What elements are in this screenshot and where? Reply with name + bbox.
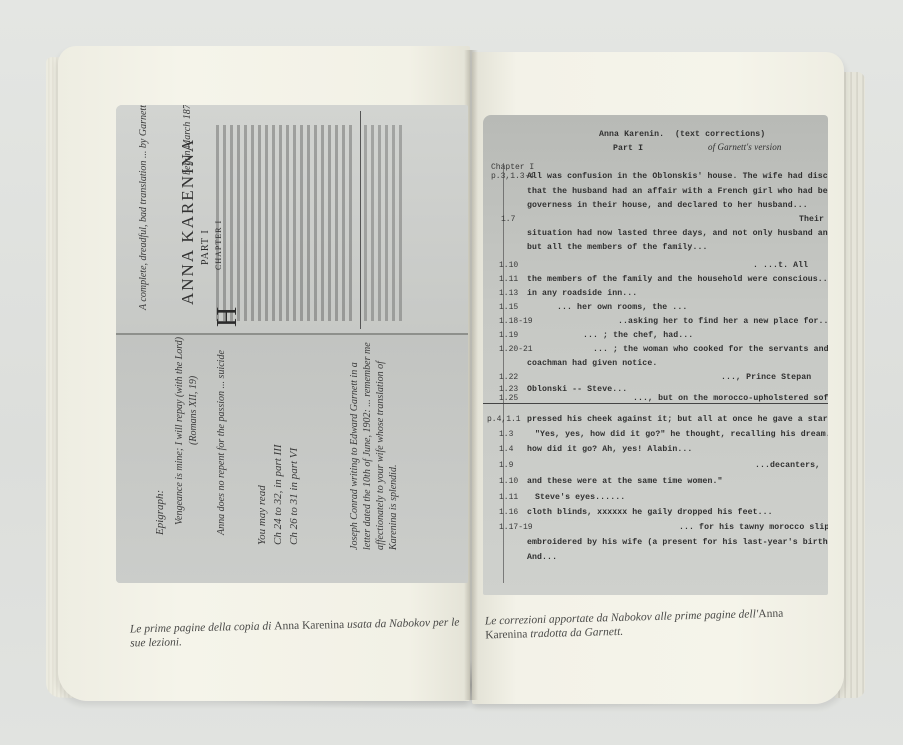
section-separator [483, 403, 828, 404]
handwritten-garnett: of Garnett's version [708, 142, 781, 152]
typescript-line: that the husband had an affair with a Fr… [527, 187, 828, 196]
typescript-line: ..., but on the morocco-upholstered sofa… [633, 394, 828, 403]
typescript-line: Their [799, 215, 824, 224]
line-ref: 1.15 [499, 303, 518, 312]
typescript-part: Part I [613, 144, 643, 153]
conrad-note: Joseph Conrad writing to Edward Garnett … [348, 340, 400, 550]
column-divider [360, 111, 361, 329]
line-ref: 1.11 [499, 493, 518, 502]
line-ref: 1.25 [499, 394, 518, 403]
typescript-line: ..., Prince Stepan [721, 373, 811, 382]
line-ref: 1.19 [499, 331, 518, 340]
typescript-line: All was confusion in the Oblonskis' hous… [527, 172, 828, 181]
line-ref: 1.9 [499, 461, 513, 470]
typescript-line: but all the members of the family... [527, 243, 707, 252]
typescript-subtitle: (text corrections) [675, 130, 765, 139]
typescript-line: ... ; the chef, had... [583, 331, 693, 340]
chapter-label: CHAPTER I [214, 220, 223, 270]
typescript-line: . ...t. All [753, 261, 808, 270]
typescript-line: situation had now lasted three days, and… [527, 229, 828, 238]
line-ref: 1.23 [499, 385, 518, 394]
line-ref: 1.7 [501, 215, 515, 224]
typescript-line: cloth blinds, xxxxxx he gaily dropped hi… [527, 508, 773, 517]
line-ref: 1.10 [499, 261, 518, 270]
right-caption-text-2: tradotta da Garnett. [527, 626, 623, 641]
line-ref: p.4,1.1 [487, 415, 521, 424]
facsimile-notes-page: Epigraph: Vengeance is mine; I will repa… [116, 335, 468, 583]
typescript-line: Steve's eyes...... [535, 493, 625, 502]
typescript-line: And... [527, 553, 557, 562]
typeset-text-block-2 [364, 125, 404, 321]
line-ref: 1.18-19 [499, 317, 533, 326]
typescript-line: embroidered by his wife (a present for h… [527, 538, 828, 547]
typescript-line: ...decanters, [755, 461, 820, 470]
left-caption-text-1: Le prime pagine della copia di [130, 620, 275, 635]
typescript-line: coachman had given notice. [527, 359, 657, 368]
left-caption-title: Anna Karenina [274, 619, 344, 632]
typescript-line: ... her own rooms, the ... [557, 303, 687, 312]
line-ref: 1.3 [499, 430, 513, 439]
line-ref: 1.17-19 [499, 523, 533, 532]
typescript-line: how did it go? Ah, yes! Alabin... [527, 445, 692, 454]
typescript-line: governess in their house, and declared t… [527, 201, 808, 210]
part-label: PART I [200, 229, 211, 265]
line-ref: 1.4 [499, 445, 513, 454]
line-ref: 1.22 [499, 373, 518, 382]
line-ref: 1.16 [499, 508, 518, 517]
epigraph-reference: (Romans XII, 19) [188, 376, 199, 445]
typescript-title: Anna Karenin. [599, 130, 664, 139]
line-ref: 1.10 [499, 477, 518, 486]
line-ref: Chapter I [491, 163, 534, 172]
schedule-line-1: You may read [256, 485, 268, 545]
epigraph-text: Vengeance is mine; I will repay (with th… [174, 337, 185, 525]
handwritten-note: A complete, dreadful, bad translation ..… [138, 110, 149, 310]
typescript-line: the members of the family and the househ… [527, 275, 828, 284]
typescript-line: "Yes, yes, how did it go?" he thought, r… [535, 430, 828, 439]
typescript-line: Oblonski -- Steve... [527, 385, 627, 394]
schedule-line-3: Ch 26 to 31 in part VI [288, 448, 300, 545]
line-ref: 1.20-21 [499, 345, 533, 354]
left-facsimile-photo: ANNA KARENINA PART I CHAPTER I H A compl… [116, 105, 468, 583]
typescript-line: and these were at the same time women." [527, 477, 723, 486]
epigraph-label: Epigraph: [154, 490, 166, 535]
typescript-line: ..asking her to find her a new place for… [618, 317, 828, 326]
typescript-line: pressed his cheek against it; but all at… [527, 415, 828, 424]
typeset-text-block [216, 125, 356, 321]
note-anna: Anna does no repent for the passion ... … [216, 350, 227, 535]
line-ref: 1.13 [499, 289, 518, 298]
typescript-line: in any roadside inn... [527, 289, 637, 298]
dates-note: begun March 1873 April 1876 [182, 105, 193, 175]
right-facsimile-photo: Anna Karenin. (text corrections) Part I … [483, 115, 828, 595]
facsimile-title-page: ANNA KARENINA PART I CHAPTER I H A compl… [116, 105, 468, 333]
line-ref: 1.11 [499, 275, 518, 284]
schedule-line-2: Ch 24 to 32, in part III [272, 444, 284, 545]
typescript-line: ... ; the woman who cooked for the serva… [593, 345, 828, 354]
typescript-line: ... for his tawny morocco slippers [679, 523, 828, 532]
drop-cap: H [212, 307, 244, 327]
